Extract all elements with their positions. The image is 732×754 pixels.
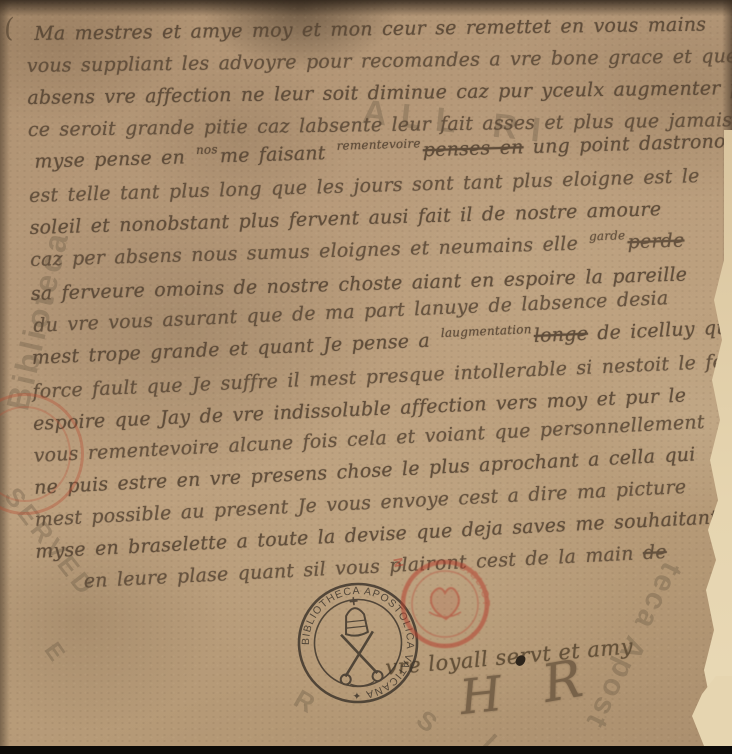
red-stamp-ring-text: BIBLIOT	[458, 561, 491, 607]
red-library-stamp: BIBLIOT	[395, 552, 495, 652]
photo-bottom-edge	[0, 746, 732, 754]
inserted-word: garde	[589, 228, 626, 243]
papal-keys-tiara-emblem	[332, 595, 383, 688]
struck-word: penses en	[423, 136, 524, 161]
svg-text:BIBLIOT: BIBLIOT	[458, 561, 491, 607]
monogram-initial: H	[457, 666, 504, 726]
struck-word: perde	[627, 230, 685, 254]
struck-word: longe	[533, 323, 588, 347]
red-oval-stamp-inner-ring	[0, 406, 71, 502]
letter-text-block: Ma mestres et amye moy et mon ceur se re…	[26, 6, 726, 600]
inserted-word: nos	[196, 142, 218, 157]
inserted-word: laugmentation	[441, 322, 532, 340]
left-edge-shadow	[0, 0, 10, 754]
parchment-background: ALL RI Biblioteca SERVED E R S I teca Ap…	[0, 0, 732, 754]
struck-word: de	[642, 541, 667, 564]
red-stamp-crest	[429, 588, 461, 619]
inserted-word: rementevoire	[336, 136, 420, 152]
manuscript-photo: ALL RI Biblioteca SERVED E R S I teca Ap…	[0, 0, 732, 754]
